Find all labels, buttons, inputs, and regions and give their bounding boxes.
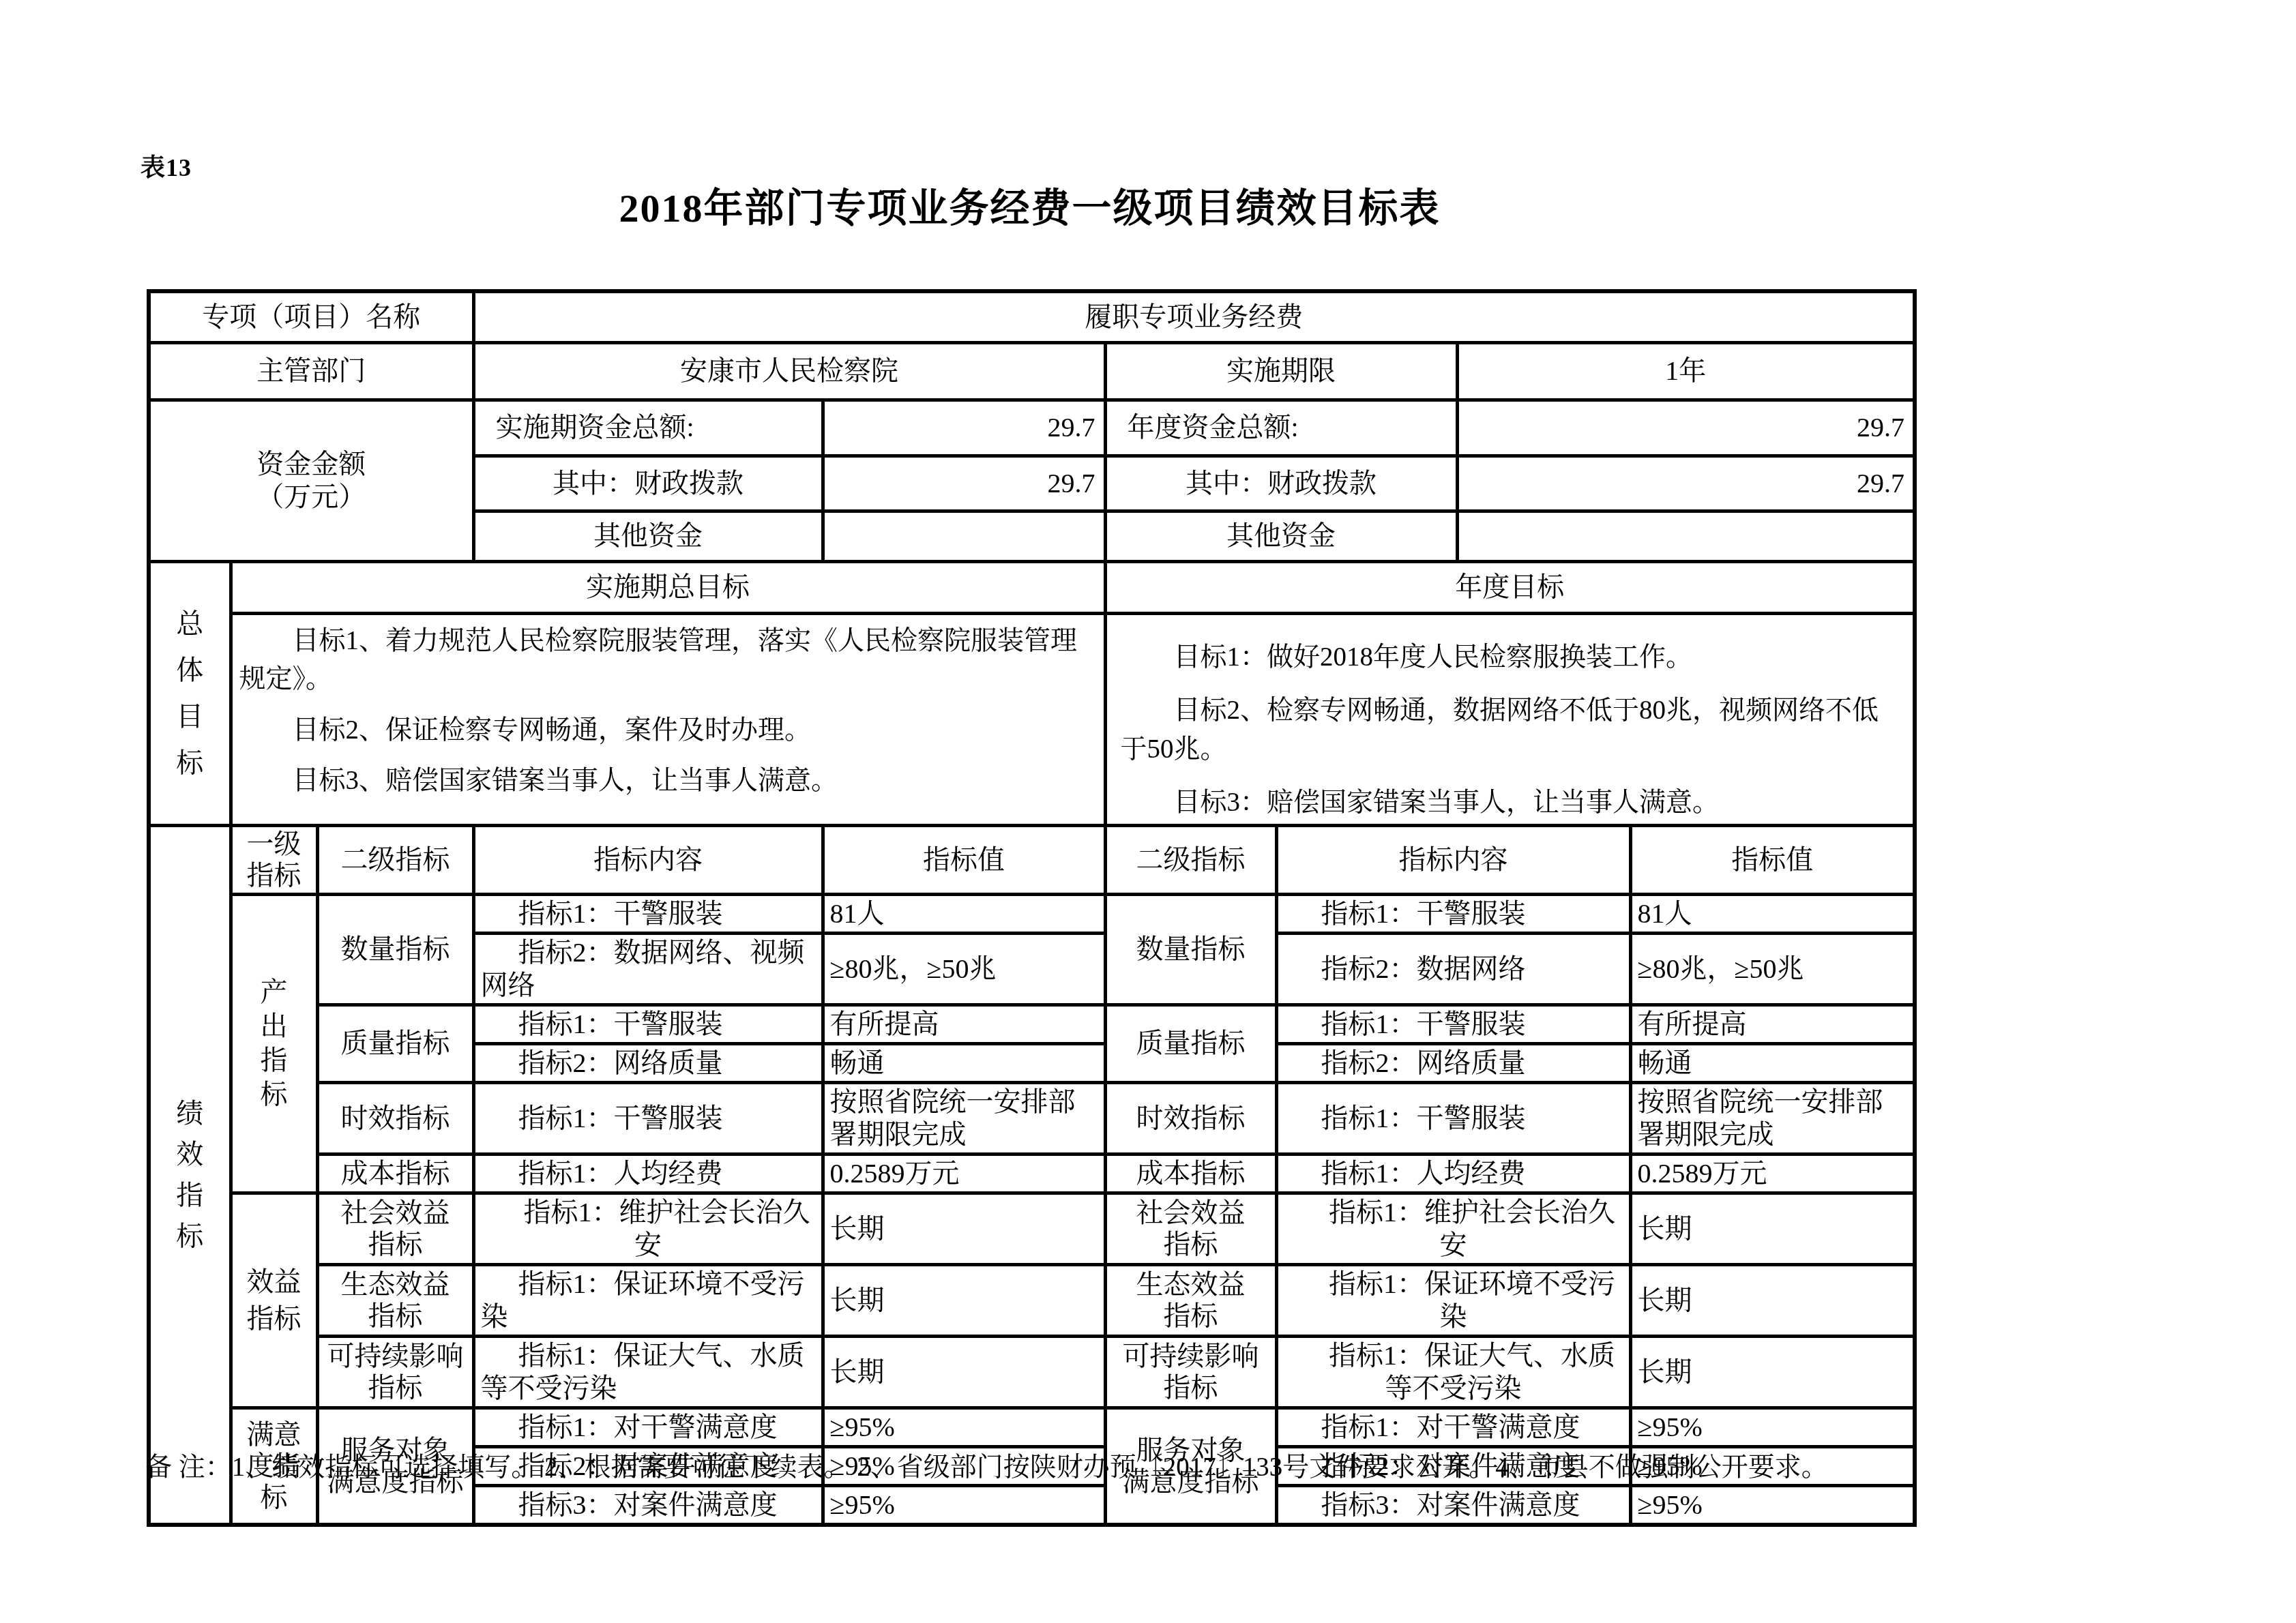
indicator-value: 长期 [1630, 1264, 1915, 1336]
indicator-value: 长期 [1630, 1336, 1915, 1408]
indicator-value: 有所提高 [823, 1004, 1105, 1043]
impl-fiscal-label: 其中：财政拨款 [473, 456, 823, 511]
indicator-content: 指标1：维护社会长治久安 [1276, 1193, 1630, 1264]
year-other-value [1457, 511, 1915, 561]
year-total-label: 年度资金总额: [1105, 400, 1457, 456]
indicator-content: 指标2：数据网络 [1276, 933, 1630, 1004]
fund-amount-label: 资金金额 （万元） [149, 400, 473, 561]
impl-fiscal-value: 29.7 [823, 456, 1105, 511]
indicator-content: 指标1：对干警满意度 [1276, 1408, 1630, 1446]
level1-header: 一级 指标 [231, 825, 317, 894]
level2-header-right: 二级指标 [1105, 825, 1276, 894]
content-header-left: 指标内容 [473, 825, 823, 894]
level2-sustain-right: 可持续影响 指标 [1105, 1336, 1276, 1408]
footnote: 备 注：1、绩效指标可选择填写。 2、根据需要可往下续表。 2、省级部门按陕财办… [145, 1446, 2260, 1484]
indicator-value: ≥95% [1630, 1485, 1915, 1525]
indicator-content: 指标2：数据网络、视频网络 [473, 933, 823, 1004]
department-value: 安康市人民检察院 [473, 342, 1105, 400]
level2-timeliness-right: 时效指标 [1105, 1082, 1276, 1154]
indicator-value: 81人 [823, 894, 1105, 933]
level1-output-label: 产 出 指 标 [231, 894, 317, 1193]
indicator-value: 长期 [1630, 1193, 1915, 1264]
performance-target-table: 专项（项目）名称 履职专项业务经费 主管部门 安康市人民检察院 实施期限 1年 … [147, 289, 1917, 1527]
indicator-value: 按照省院统一安排部署期限完成 [823, 1082, 1105, 1154]
page-title: 2018年部门专项业务经费一级项目绩效目标表 [147, 176, 1913, 233]
impl-total-value: 29.7 [823, 400, 1105, 456]
impl-goal-2: 目标2、保证检察专网畅通，案件及时办理。 [239, 711, 1097, 750]
impl-goal-3: 目标3、赔偿国家错案当事人，让当事人满意。 [239, 762, 1097, 801]
level2-quality-right: 质量指标 [1105, 1004, 1276, 1082]
indicator-value: 长期 [823, 1193, 1105, 1264]
impl-goals-cell: 目标1、着力规范人民检察院服装管理，落实《人民检察院服装管理规定》。 目标2、保… [231, 613, 1105, 825]
indicator-content: 指标2：网络质量 [473, 1043, 823, 1082]
indicator-value: 0.2589万元 [823, 1154, 1105, 1193]
level2-sustain-left: 可持续影响 指标 [317, 1336, 473, 1408]
year-goal-3: 目标3：赔偿国家错案当事人，让当事人满意。 [1121, 784, 1900, 822]
indicator-content: 指标1：保证大气、水质等不受污染 [473, 1336, 823, 1408]
impl-other-value [823, 511, 1105, 561]
indicator-value: 长期 [823, 1264, 1105, 1336]
indicator-content: 指标1：保证大气、水质等不受污染 [1276, 1336, 1630, 1408]
value-header-right: 指标值 [1630, 825, 1915, 894]
impl-goal-header: 实施期总目标 [231, 561, 1105, 613]
overall-goal-side-label: 总 体 目 标 [149, 561, 231, 825]
indicator-content: 指标1：干警服装 [473, 894, 823, 933]
indicator-value: 0.2589万元 [1630, 1154, 1915, 1193]
indicator-content: 指标1：干警服装 [473, 1082, 823, 1154]
indicator-value: ≥95% [823, 1408, 1105, 1446]
indicator-value: 有所提高 [1630, 1004, 1915, 1043]
indicator-content: 指标3：对案件满意度 [1276, 1485, 1630, 1525]
value-header-left: 指标值 [823, 825, 1105, 894]
period-label: 实施期限 [1105, 342, 1457, 400]
indicator-value: ≥80兆，≥50兆 [1630, 933, 1915, 1004]
year-fiscal-label: 其中：财政拨款 [1105, 456, 1457, 511]
project-name-value: 履职专项业务经费 [473, 291, 1915, 342]
indicator-value: 按照省院统一安排部署期限完成 [1630, 1082, 1915, 1154]
year-goal-header: 年度目标 [1105, 561, 1915, 613]
year-total-value: 29.7 [1457, 400, 1915, 456]
level2-eco-left: 生态效益 指标 [317, 1264, 473, 1336]
indicator-content: 指标1：干警服装 [473, 1004, 823, 1043]
period-value: 1年 [1457, 342, 1915, 400]
indicator-value: ≥95% [823, 1485, 1105, 1525]
indicator-value: ≥80兆，≥50兆 [823, 933, 1105, 1004]
indicator-content: 指标2：网络质量 [1276, 1043, 1630, 1082]
indicator-value: ≥95% [1630, 1408, 1915, 1446]
year-fiscal-value: 29.7 [1457, 456, 1915, 511]
indicator-value: 81人 [1630, 894, 1915, 933]
indicator-content: 指标1：维护社会长治久安 [473, 1193, 823, 1264]
level2-quantity-left: 数量指标 [317, 894, 473, 1004]
year-other-label: 其他资金 [1105, 511, 1457, 561]
impl-goal-1: 目标1、着力规范人民检察院服装管理，落实《人民检察院服装管理规定》。 [239, 622, 1097, 699]
indicator-content: 指标1：保证环境不受污染 [473, 1264, 823, 1336]
perf-side-label: 绩 效 指 标 [149, 825, 231, 1525]
level2-cost-left: 成本指标 [317, 1154, 473, 1193]
level1-benefit-label: 效益 指标 [231, 1193, 317, 1408]
indicator-content: 指标1：人均经费 [1276, 1154, 1630, 1193]
indicator-content: 指标1：干警服装 [1276, 1004, 1630, 1043]
impl-other-label: 其他资金 [473, 511, 823, 561]
level2-social-right: 社会效益 指标 [1105, 1193, 1276, 1264]
level2-quality-left: 质量指标 [317, 1004, 473, 1082]
year-goal-2: 目标2、检察专网畅通，数据网络不低于80兆，视频网络不低于50兆。 [1121, 691, 1900, 769]
indicator-content: 指标3：对案件满意度 [473, 1485, 823, 1525]
project-name-label: 专项（项目）名称 [149, 291, 473, 342]
level2-timeliness-left: 时效指标 [317, 1082, 473, 1154]
indicator-value: 畅通 [823, 1043, 1105, 1082]
level2-header-left: 二级指标 [317, 825, 473, 894]
indicator-value: 畅通 [1630, 1043, 1915, 1082]
indicator-content: 指标1：对干警满意度 [473, 1408, 823, 1446]
department-label: 主管部门 [149, 342, 473, 400]
year-goal-1: 目标1：做好2018年度人民检察服换装工作。 [1121, 638, 1900, 677]
content-header-right: 指标内容 [1276, 825, 1630, 894]
level2-quantity-right: 数量指标 [1105, 894, 1276, 1004]
indicator-content: 指标1：人均经费 [473, 1154, 823, 1193]
indicator-content: 指标1：干警服装 [1276, 1082, 1630, 1154]
level2-social-left: 社会效益 指标 [317, 1193, 473, 1264]
indicator-content: 指标1：干警服装 [1276, 894, 1630, 933]
indicator-value: 长期 [823, 1336, 1105, 1408]
level2-cost-right: 成本指标 [1105, 1154, 1276, 1193]
indicator-content: 指标1：保证环境不受污染 [1276, 1264, 1630, 1336]
year-goals-cell: 目标1：做好2018年度人民检察服换装工作。 目标2、检察专网畅通，数据网络不低… [1105, 613, 1915, 825]
level2-eco-right: 生态效益 指标 [1105, 1264, 1276, 1336]
impl-total-label: 实施期资金总额: [473, 400, 823, 456]
